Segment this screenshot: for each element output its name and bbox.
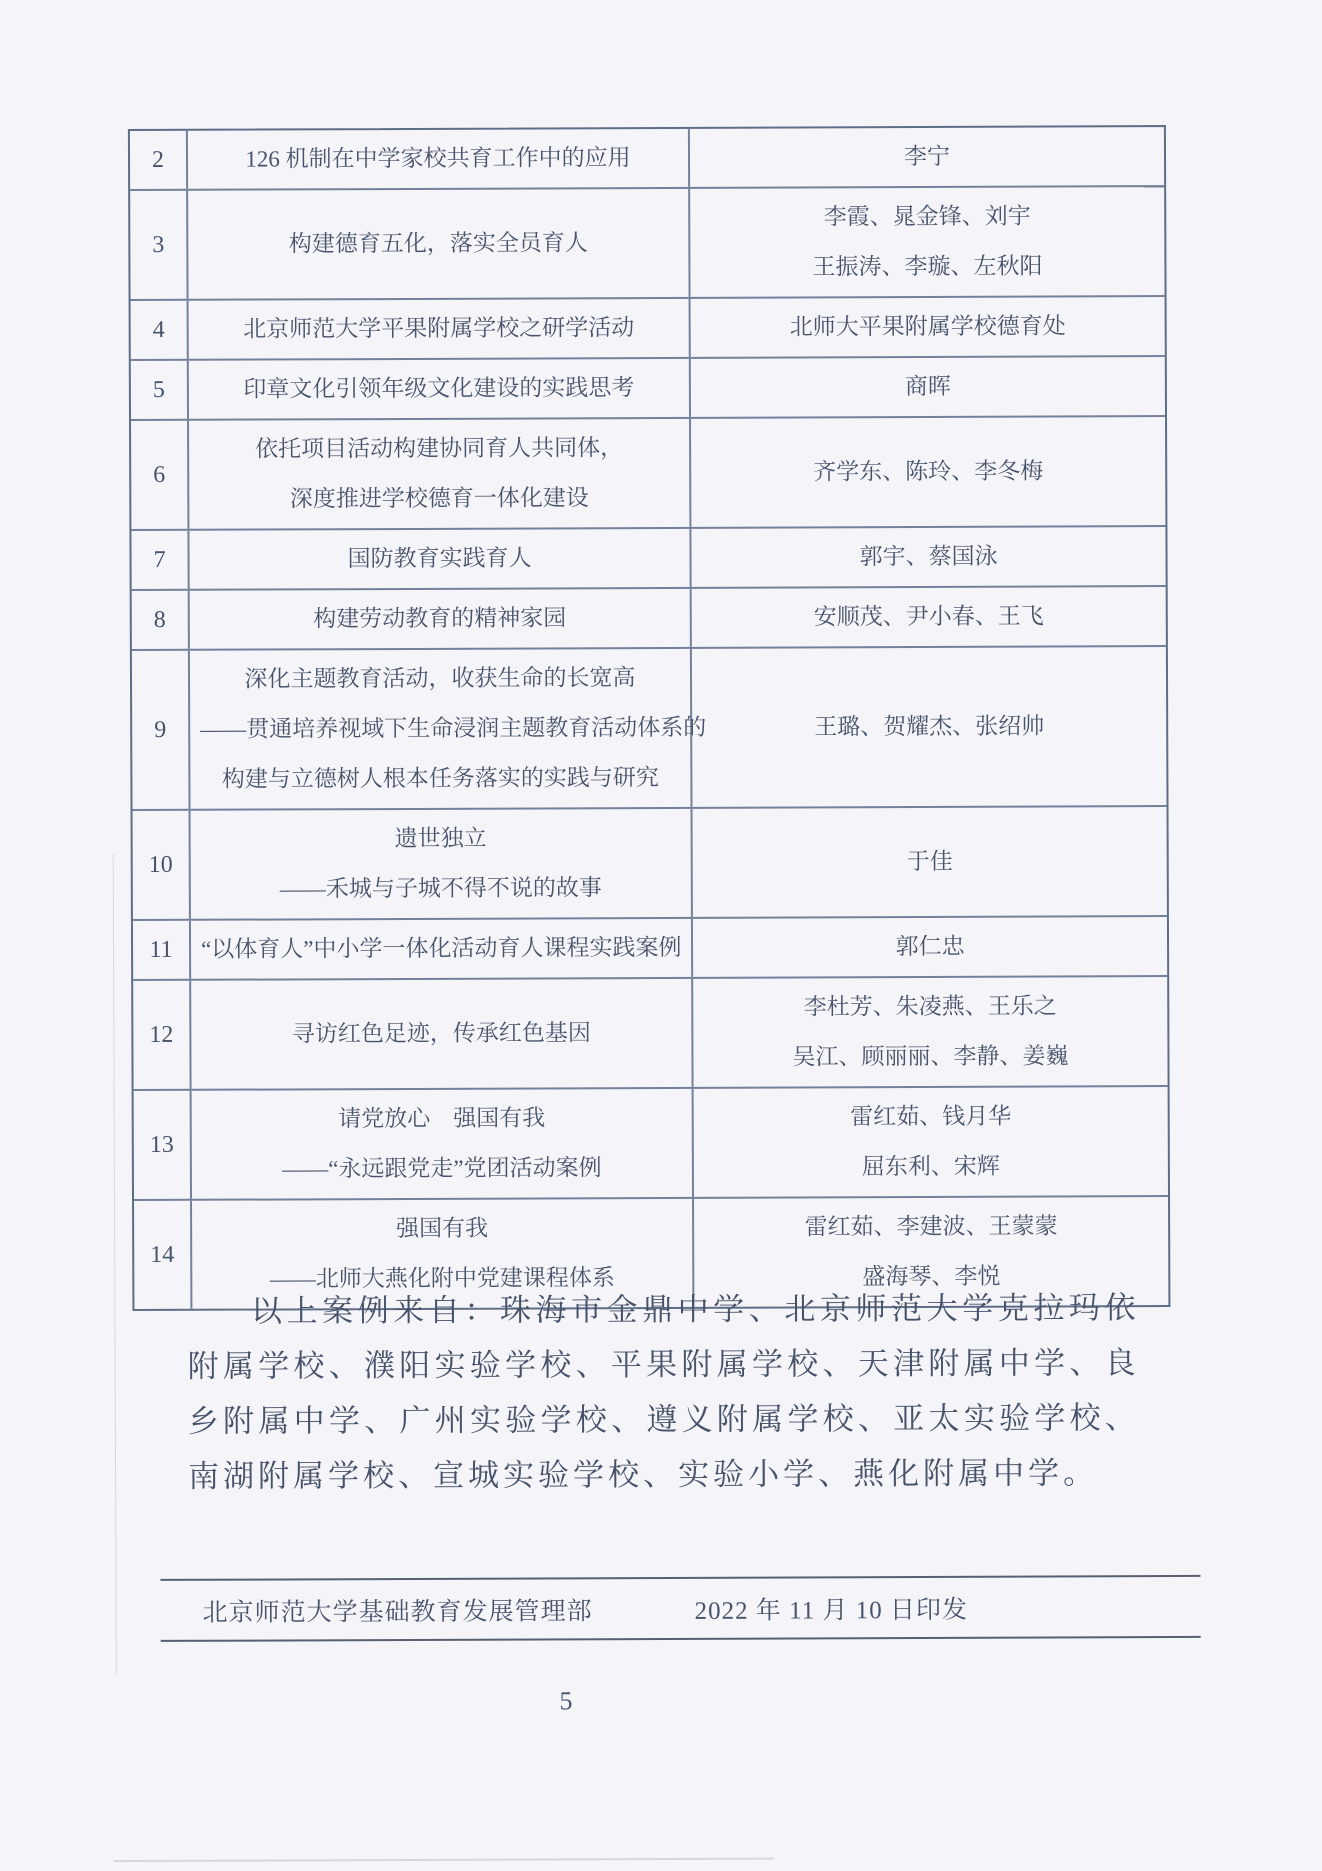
case-authors: 李宁 bbox=[690, 127, 1164, 187]
case-title: 国防教育实践育人 bbox=[189, 529, 691, 589]
colophon-bar: 北京师范大学基础教育发展管理部 2022 年 11 月 10 日印发 bbox=[160, 1575, 1200, 1642]
case-title-line: 国防教育实践育人 bbox=[199, 533, 679, 585]
case-author-line: 商晖 bbox=[701, 361, 1155, 413]
case-author-line: 于佳 bbox=[703, 836, 1157, 888]
table-row: 5 印章文化引领年级文化建设的实践思考 商晖 bbox=[131, 357, 1165, 421]
cases-table: 2 126 机制在中学家校共育工作中的应用 李宁 3 构建德育五化，落实全员育人… bbox=[128, 125, 1171, 1311]
case-authors: 王璐、贺耀杰、张绍帅 bbox=[692, 647, 1167, 807]
case-author-line: 郭宇、蔡国泳 bbox=[701, 531, 1155, 583]
case-authors: 李杜芳、朱凌燕、王乐之吴江、顾丽丽、李静、姜巍 bbox=[693, 977, 1167, 1087]
case-author-line: 雷红茹、李建波、王蒙蒙 bbox=[704, 1201, 1158, 1253]
row-number: 11 bbox=[133, 921, 191, 979]
case-author-line: 齐学东、陈玲、李冬梅 bbox=[701, 446, 1155, 498]
row-number: 6 bbox=[131, 421, 189, 529]
case-authors: 郭仁忠 bbox=[693, 917, 1167, 977]
case-authors: 齐学东、陈玲、李冬梅 bbox=[691, 417, 1165, 527]
case-title: 北京师范大学平果附属学校之研学活动 bbox=[189, 299, 691, 359]
case-author-line: 雷红茹、钱月华 bbox=[704, 1091, 1158, 1143]
row-number: 3 bbox=[130, 191, 188, 299]
case-title-line: 深化主题教育活动，收获生命的长宽高 bbox=[200, 653, 680, 705]
case-title-line: “以体育人”中小学一体化活动育人课程实践案例 bbox=[201, 923, 681, 975]
scan-content: 2 126 机制在中学家校共育工作中的应用 李宁 3 构建德育五化，落实全员育人… bbox=[0, 0, 1322, 1871]
page-number: 5 bbox=[546, 1686, 586, 1716]
case-authors: 安顺茂、尹小春、王飞 bbox=[692, 587, 1166, 647]
case-title-line: 寻访红色足迹，传承红色基因 bbox=[201, 1008, 681, 1060]
row-number: 14 bbox=[134, 1201, 192, 1309]
scan-artifact-streak bbox=[114, 1858, 774, 1863]
row-number: 9 bbox=[132, 651, 191, 809]
table-row: 11 “以体育人”中小学一体化活动育人课程实践案例 郭仁忠 bbox=[133, 917, 1167, 981]
case-title-line: ——禾城与子城不得不说的故事 bbox=[201, 863, 681, 915]
case-title-line: 遗世独立 bbox=[201, 813, 681, 865]
case-title-line: 强国有我 bbox=[202, 1203, 682, 1255]
case-title-line: ——“永远跟党走”党团活动案例 bbox=[202, 1143, 682, 1195]
case-title-line: 深度推进学校德育一体化建设 bbox=[199, 473, 679, 525]
row-number: 7 bbox=[131, 531, 189, 589]
table-row: 12 寻访红色足迹，传承红色基因 李杜芳、朱凌燕、王乐之吴江、顾丽丽、李静、姜巍 bbox=[133, 977, 1167, 1091]
row-number: 4 bbox=[131, 301, 189, 359]
case-authors: 雷红茹、钱月华屈东利、宋辉 bbox=[694, 1087, 1168, 1197]
case-title: 依托项目活动构建协同育人共同体，深度推进学校德育一体化建设 bbox=[189, 419, 691, 529]
case-title: 请党放心 强国有我——“永远跟党走”党团活动案例 bbox=[192, 1089, 694, 1199]
case-author-line: 李杜芳、朱凌燕、王乐之 bbox=[703, 981, 1157, 1033]
case-authors: 李霞、晁金锋、刘宇王振涛、李璇、左秋阳 bbox=[690, 187, 1164, 297]
table-row: 10 遗世独立——禾城与子城不得不说的故事 于佳 bbox=[133, 807, 1167, 921]
case-title-line: 依托项目活动构建协同育人共同体， bbox=[199, 423, 679, 475]
table-row: 8 构建劳动教育的精神家园 安顺茂、尹小春、王飞 bbox=[132, 587, 1166, 651]
case-title: 构建德育五化，落实全员育人 bbox=[188, 189, 690, 299]
scanned-document-page: { "colors":{ "page_bg":"#f5f4f8", "ink":… bbox=[0, 0, 1322, 1871]
page-sheet: 2 126 机制在中学家校共育工作中的应用 李宁 3 构建德育五化，落实全员育人… bbox=[0, 0, 1322, 1871]
case-author-line: 王璐、贺耀杰、张绍帅 bbox=[702, 701, 1156, 753]
table-row: 6 依托项目活动构建协同育人共同体，深度推进学校德育一体化建设 齐学东、陈玲、李… bbox=[131, 417, 1165, 531]
case-title-line: 构建德育五化，落实全员育人 bbox=[198, 218, 678, 270]
row-number: 8 bbox=[132, 591, 190, 649]
case-authors: 郭宇、蔡国泳 bbox=[691, 527, 1165, 587]
case-author-line: 吴江、顾丽丽、李静、姜巍 bbox=[703, 1031, 1157, 1083]
case-title: 印章文化引领年级文化建设的实践思考 bbox=[189, 359, 691, 419]
case-title-line: ——贯通培养视域下生命浸润主题教育活动体系的 bbox=[200, 703, 680, 755]
case-title-line: 构建与立德树人根本任务落实的实践与研究 bbox=[200, 753, 680, 805]
row-number: 13 bbox=[134, 1091, 192, 1199]
table-row: 4 北京师范大学平果附属学校之研学活动 北师大平果附属学校德育处 bbox=[131, 297, 1165, 361]
table-row: 2 126 机制在中学家校共育工作中的应用 李宁 bbox=[130, 127, 1164, 191]
row-number: 10 bbox=[133, 811, 191, 919]
case-title: 深化主题教育活动，收获生命的长宽高——贯通培养视域下生命浸润主题教育活动体系的构… bbox=[190, 649, 693, 809]
case-title: 126 机制在中学家校共育工作中的应用 bbox=[188, 129, 690, 189]
case-title-line: 构建劳动教育的精神家园 bbox=[200, 593, 680, 645]
case-author-line: 屈东利、宋辉 bbox=[704, 1141, 1158, 1193]
row-number: 2 bbox=[130, 131, 188, 189]
case-author-line: 郭仁忠 bbox=[703, 921, 1157, 973]
row-number: 12 bbox=[133, 981, 191, 1089]
case-author-line: 北师大平果附属学校德育处 bbox=[701, 301, 1155, 353]
table-row: 3 构建德育五化，落实全员育人 李霞、晁金锋、刘宇王振涛、李璇、左秋阳 bbox=[130, 187, 1164, 301]
case-author-line: 安顺茂、尹小春、王飞 bbox=[702, 591, 1156, 643]
table-row: 13 请党放心 强国有我——“永远跟党走”党团活动案例 雷红茹、钱月华屈东利、宋… bbox=[134, 1087, 1168, 1201]
table-row: 7 国防教育实践育人 郭宇、蔡国泳 bbox=[131, 527, 1165, 591]
case-author-line: 王振涛、李璇、左秋阳 bbox=[700, 241, 1154, 293]
case-title-line: 北京师范大学平果附属学校之研学活动 bbox=[199, 303, 679, 355]
case-title: 构建劳动教育的精神家园 bbox=[190, 589, 692, 649]
scan-artifact-line bbox=[113, 854, 117, 1674]
issuer-name: 北京师范大学基础教育发展管理部 bbox=[203, 1591, 593, 1628]
case-title: 遗世独立——禾城与子城不得不说的故事 bbox=[191, 809, 693, 919]
print-date: 2022 年 11 月 10 日印发 bbox=[695, 1589, 968, 1626]
case-authors: 于佳 bbox=[693, 807, 1167, 917]
case-author-line: 李宁 bbox=[700, 131, 1154, 183]
cases-table-body: 2 126 机制在中学家校共育工作中的应用 李宁 3 构建德育五化，落实全员育人… bbox=[130, 127, 1169, 1309]
case-title-line: 126 机制在中学家校共育工作中的应用 bbox=[198, 133, 678, 185]
case-authors: 北师大平果附属学校德育处 bbox=[691, 297, 1165, 357]
case-title-line: 请党放心 强国有我 bbox=[202, 1093, 682, 1145]
case-title-line: 印章文化引领年级文化建设的实践思考 bbox=[199, 363, 679, 415]
table-row: 9 深化主题教育活动，收获生命的长宽高——贯通培养视域下生命浸润主题教育活动体系… bbox=[132, 647, 1167, 811]
row-number: 5 bbox=[131, 361, 189, 419]
case-title: “以体育人”中小学一体化活动育人课程实践案例 bbox=[191, 919, 693, 979]
case-title: 寻访红色足迹，传承红色基因 bbox=[191, 979, 693, 1089]
case-authors: 商晖 bbox=[691, 357, 1165, 417]
closing-paragraph: 以上案例来自：珠海市金鼎中学、北京师范大学克拉玛依附属学校、濮阳实验学校、平果附… bbox=[187, 1280, 1140, 1504]
case-author-line: 李霞、晁金锋、刘宇 bbox=[700, 191, 1154, 243]
